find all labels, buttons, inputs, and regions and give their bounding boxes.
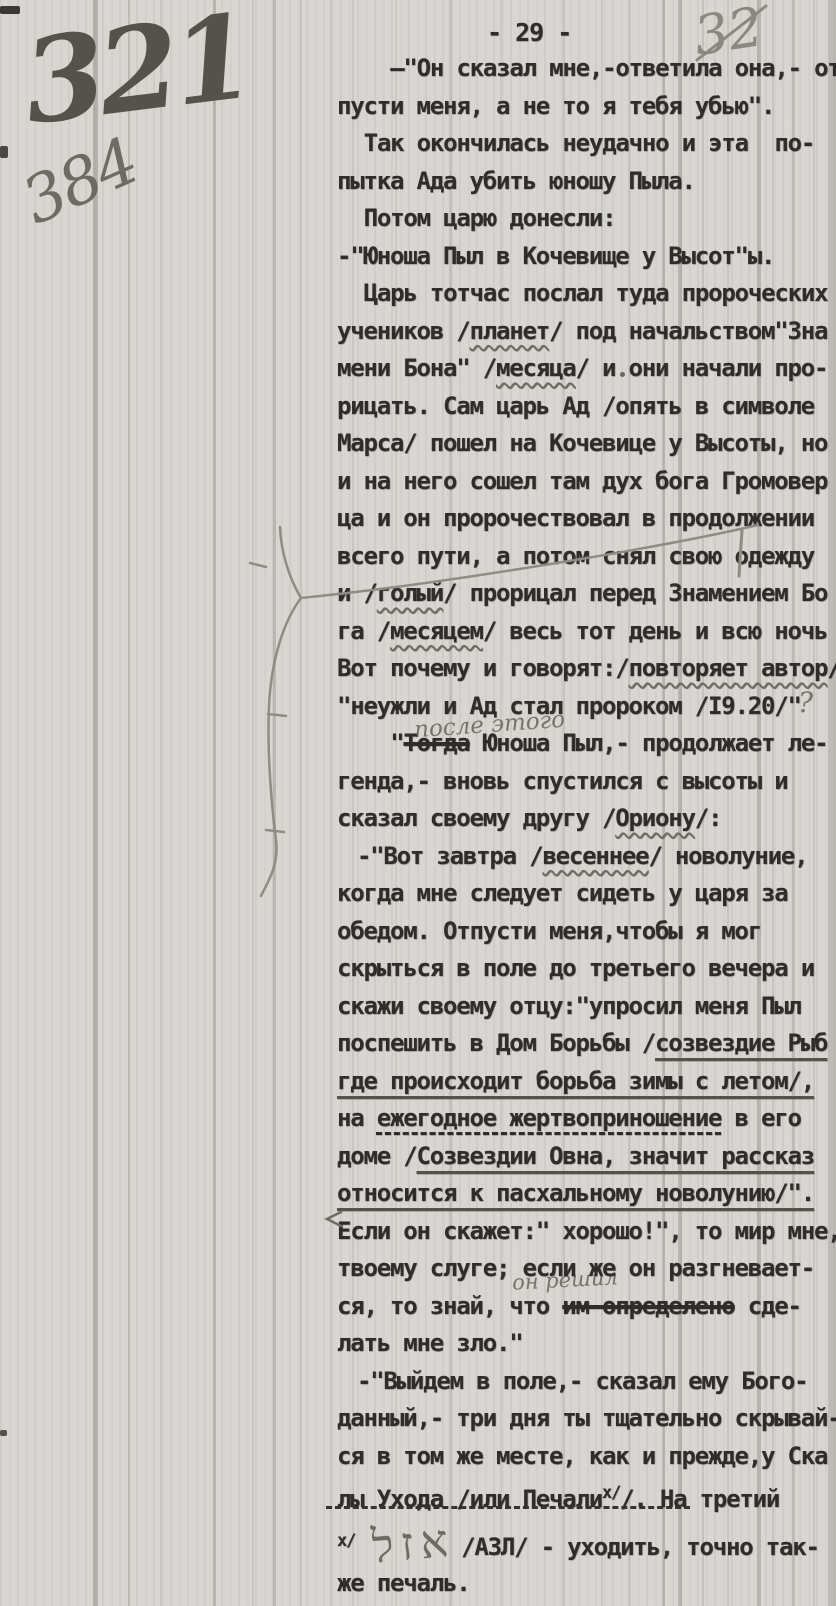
footnote-text: x/ /АЗЛ/ - уходить, точно так-же печаль. — [337, 1520, 836, 1604]
text-segment: месяцем — [390, 617, 483, 645]
text-segment: обедом. Отпусти меня,чтобы я мог — [337, 917, 761, 945]
text-segment: / новолуние, — [648, 842, 807, 870]
text-segment: когда мне следует сидеть у царя за — [337, 879, 787, 907]
text-segment: скажи своему отцу:"упросил меня Пыл — [337, 992, 801, 1020]
typed-line: скажи своему отцу:"упросил меня Пыл — [337, 988, 836, 1026]
text-segment: Если он скажет:" хорошо!", то мир мне, — [337, 1217, 836, 1245]
typed-line: и /голый/ прорицал перед Знамением Бо — [337, 575, 836, 613]
text-segment: ся, то знай, что — [337, 1292, 562, 1320]
scan-speck — [0, 146, 8, 158]
text-segment: в его — [721, 1104, 801, 1132]
text-segment: /: — [695, 804, 722, 832]
scan-speck — [0, 1430, 7, 1436]
text-segment: / под начальством"Зна — [549, 317, 827, 345]
text-segment: Царь тотчас послал туда пророческих — [364, 279, 828, 307]
text-segment: Марса/ пошел на Кочевице у Высоты, но — [337, 429, 827, 457]
text-segment: данный,- три дня ты тщательно скрывай- — [337, 1404, 836, 1432]
footnote-separator — [326, 1506, 690, 1509]
typed-line: Потом царю донесли: — [337, 200, 836, 238]
typed-line: и на него сошел там дух бога Громовер — [337, 463, 836, 501]
typed-line: пусти меня, а не то я тебя убью". — [337, 88, 836, 126]
typed-line: твоему слуге; если же он разгневает- — [337, 1250, 836, 1288]
pencil-tick — [266, 830, 284, 832]
text-segment: " — [390, 729, 403, 757]
text-segment: /АЗЛ/ - уходить, точно так- — [355, 1533, 819, 1561]
text-segment: голый — [377, 579, 443, 607]
typed-line: —"Он сказал мне,-ответила она,- от — [337, 50, 836, 88]
typed-line: Марса/ пошел на Кочевице у Высоты, но — [337, 425, 836, 463]
typed-line: "Тогда Юноша Пыл,- продолжает ле- — [337, 725, 836, 763]
typed-line: обедом. Отпусти меня,чтобы я мог — [337, 913, 836, 951]
typed-line: рицать. Сам царь Ад /опять в символе — [337, 388, 836, 426]
text-segment: Вот почему и говорят:/ — [337, 654, 628, 682]
typed-line: генда,- вновь спустился с высоты и — [337, 763, 836, 801]
text-segment: повторяет автор — [628, 654, 827, 682]
typed-line: мени Бона" /месяца/ и они начали про- — [337, 350, 836, 388]
text-segment: -"Юноша Пыл в Кочевище у Высот"ы. — [337, 242, 774, 270]
typed-line: же печаль. — [337, 1562, 836, 1604]
typed-line: когда мне следует сидеть у царя за — [337, 875, 836, 913]
text-segment: / и они начали про- — [576, 354, 828, 382]
text-segment: сде- — [735, 1292, 801, 1320]
text-segment: лать мне зло." — [337, 1329, 523, 1357]
text-segment: относится к пасхальному новолунию/". — [337, 1179, 814, 1207]
handwritten-number-top-left: 321 — [17, 0, 256, 151]
typed-line: всего пути, а потом снял свою одежду — [337, 538, 836, 576]
text-segment: планет — [470, 317, 550, 345]
text-segment: же печаль. — [337, 1569, 470, 1597]
typed-line: учеников /планет/ под начальством"Зна — [337, 313, 836, 351]
typed-line: лать мне зло." — [337, 1325, 836, 1363]
text-segment: и / — [337, 579, 377, 607]
text-segment: месяца — [496, 354, 576, 382]
text-segment: -"Выйдем в поле,- сказал ему Бого- — [357, 1367, 807, 1395]
typed-line: ца и он пророчествовал в продолжении — [337, 500, 836, 538]
typed-line: ся в том же месте, как и прежде,у Ска — [337, 1438, 836, 1476]
pencil-tick — [268, 714, 286, 716]
text-segment: / прорицал перед Знамением Бо — [443, 579, 827, 607]
typed-line: где происходит борьба зимы с летом/, — [337, 1063, 836, 1101]
text-segment: генда,- вновь спустился с высоты и — [337, 767, 787, 795]
text-segment: / — [827, 654, 836, 682]
text-segment: Тогда — [403, 729, 469, 757]
typed-line: сказал своему другу /Ориону/: — [337, 800, 836, 838]
typed-line: ся, то знай, что им определено сде- — [337, 1288, 836, 1326]
typed-line: -"Выйдем в поле,- сказал ему Бого- — [337, 1363, 836, 1401]
text-segment: —"Он сказал мне,-ответила она,- от — [390, 54, 836, 82]
typed-line: относится к пасхальному новолунию/". — [337, 1175, 836, 1213]
typed-line: пытка Ада убить юношу Пыла. — [337, 163, 836, 201]
text-segment: ежегодное жертвоприношение — [377, 1104, 721, 1132]
text-segment: где происходит борьба зимы с летом/, — [337, 1067, 814, 1095]
scan-speck — [0, 6, 20, 14]
scanned-page: - 29 - 321 384 32 после этого он решил ?… — [0, 0, 836, 1606]
typed-line: "неужли и Ад стал пророком /I9.20/" — [337, 688, 836, 726]
text-segment: учеников / — [337, 317, 470, 345]
typed-line: га /месяцем/ весь тот день и всю ночь — [337, 613, 836, 651]
pencil-tick — [250, 563, 266, 567]
text-segment: Юноша Пыл,- продолжает ле- — [470, 729, 828, 757]
text-segment: мени Бона" / — [337, 354, 496, 382]
text-segment: Созвездии Овна, значит рассказ — [417, 1142, 814, 1170]
text-segment: Потом царю донесли: — [364, 204, 616, 232]
text-segment: x/ — [337, 1531, 355, 1551]
text-segment: твоему слуге; если же он разгневает- — [337, 1254, 814, 1282]
typed-line: данный,- три дня ты тщательно скрывай- — [337, 1400, 836, 1438]
typed-line: поспешить в Дом Борьбы /созвездие Рыб — [337, 1025, 836, 1063]
text-segment: созвездие Рыб — [655, 1029, 827, 1057]
text-segment: ся в том же месте, как и прежде,у Ска — [337, 1442, 827, 1470]
typed-text-column: —"Он сказал мне,-ответила она,- отпусти … — [337, 50, 836, 1513]
text-segment: и на него сошел там дух бога Громовер — [337, 467, 827, 495]
text-segment: Ориону — [615, 804, 695, 832]
pencil-margin-bracket — [261, 598, 301, 896]
text-segment: "неужли и Ад стал пророком /I9.20/" — [337, 692, 801, 720]
pencil-branch-stroke — [280, 527, 301, 598]
text-segment: поспешить в Дом Борьбы / — [337, 1029, 655, 1057]
typed-line: Так окончилась неудачно и эта по- — [337, 125, 836, 163]
text-segment: весеннее — [542, 842, 648, 870]
typed-line: -"Вот завтра /весеннее/ новолуние, — [337, 838, 836, 876]
text-segment: сказал своему другу / — [337, 804, 615, 832]
typed-line: -"Юноша Пыл в Кочевище у Высот"ы. — [337, 238, 836, 276]
text-segment: на — [337, 1104, 377, 1132]
text-segment: -"Вот завтра / — [357, 842, 543, 870]
typed-line: Если он скажет:" хорошо!", то мир мне, — [337, 1213, 836, 1251]
typed-line: скрыться в поле до третьего вечера и — [337, 950, 836, 988]
text-segment: пусти меня, а не то я тебя убью". — [337, 92, 774, 120]
text-segment: скрыться в поле до третьего вечера и — [337, 954, 814, 982]
text-segment: всего пути, а потом снял свою одежду — [337, 542, 814, 570]
text-segment: рицать. Сам царь Ад /опять в символе — [337, 392, 814, 420]
text-segment: га / — [337, 617, 390, 645]
typed-line: Вот почему и говорят:/повторяет автор/ — [337, 650, 836, 688]
typed-line: доме /Созвездии Овна, значит рассказ — [337, 1138, 836, 1176]
typed-line: x/ /АЗЛ/ - уходить, точно так- — [337, 1520, 836, 1562]
typed-line: Царь тотчас послал туда пророческих — [337, 275, 836, 313]
page-number: - 29 - — [487, 18, 571, 47]
text-segment: x/ — [602, 1483, 620, 1503]
text-segment: ца и он пророчествовал в продолжении — [337, 504, 814, 532]
text-segment: пытка Ада убить юношу Пыла. — [337, 167, 695, 195]
text-segment: / весь тот день и всю ночь — [483, 617, 827, 645]
text-segment: доме / — [337, 1142, 417, 1170]
text-segment: Так окончилась неудачно и эта по- — [364, 129, 814, 157]
text-segment: им определено — [562, 1292, 734, 1320]
typed-line: на ежегодное жертвоприношение в его — [337, 1100, 836, 1138]
